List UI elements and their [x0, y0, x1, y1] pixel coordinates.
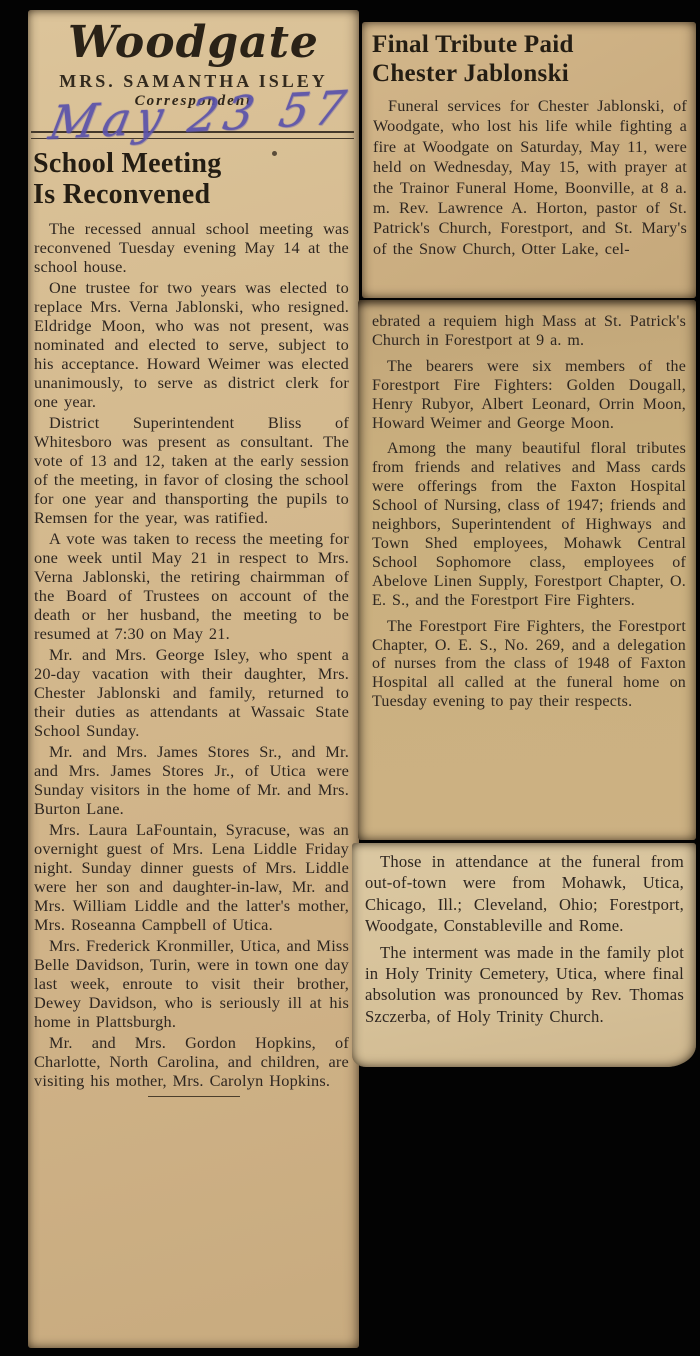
article-headline-right: Final Tribute Paid Chester Jablonski — [372, 30, 688, 88]
ink-speck — [272, 151, 277, 156]
right-newspaper-clipping-bottom: Those in attendance at the funeral from … — [352, 843, 696, 1067]
article-body-left: The recessed annual school meeting was r… — [28, 219, 359, 1090]
paragraph: District Superintendent Bliss of Whitesb… — [34, 413, 349, 527]
paragraph: Mr. and Mrs. George Isley, who spent a 2… — [34, 645, 349, 740]
masthead-title: Woodgate — [28, 20, 359, 66]
headline-line-1: Final Tribute Paid — [372, 30, 688, 59]
paragraph: Mrs. Laura LaFountain, Syracuse, was an … — [34, 820, 349, 934]
article-body-right-top: Funeral services for Chester Jablonski, … — [362, 96, 696, 259]
article-headline-left: School Meeting Is Reconvened — [33, 148, 353, 210]
paragraph: Funeral services for Chester Jablonski, … — [373, 96, 687, 259]
paragraph: The bearers were six members of the Fore… — [372, 358, 686, 434]
paragraph: The recessed annual school meeting was r… — [34, 219, 349, 276]
paragraph: The Forestport Fire Fighters, the Forest… — [372, 618, 686, 713]
article-body-right-middle: ebrated a requiem high Mass at St. Patri… — [358, 300, 696, 712]
right-newspaper-clipping-top: Final Tribute Paid Chester Jablonski Fun… — [362, 22, 696, 298]
end-rule — [148, 1096, 240, 1097]
headline-line-2: Is Reconvened — [33, 179, 353, 210]
paragraph: The interment was made in the family plo… — [365, 942, 684, 1028]
paragraph: Among the many beautiful floral tributes… — [372, 440, 686, 610]
paragraph: A vote was taken to recess the meeting f… — [34, 529, 349, 643]
paragraph: One trustee for two years was elected to… — [34, 278, 349, 411]
paragraph: Mrs. Frederick Kronmiller, Utica, and Mi… — [34, 936, 349, 1031]
headline-line-2: Chester Jablonski — [372, 59, 688, 88]
paragraph: Mr. and Mrs. Gordon Hopkins, of Charlott… — [34, 1033, 349, 1090]
right-newspaper-clipping-middle: ebrated a requiem high Mass at St. Patri… — [358, 300, 696, 840]
left-newspaper-clipping: Woodgate MRS. SAMANTHA ISLEY Corresponde… — [28, 10, 359, 1348]
article-body-right-bottom: Those in attendance at the funeral from … — [352, 843, 696, 1027]
paragraph: Mr. and Mrs. James Stores Sr., and Mr. a… — [34, 742, 349, 818]
paragraph: ebrated a requiem high Mass at St. Patri… — [372, 313, 686, 351]
paragraph: Those in attendance at the funeral from … — [365, 851, 684, 937]
headline-line-1: School Meeting — [33, 148, 353, 179]
